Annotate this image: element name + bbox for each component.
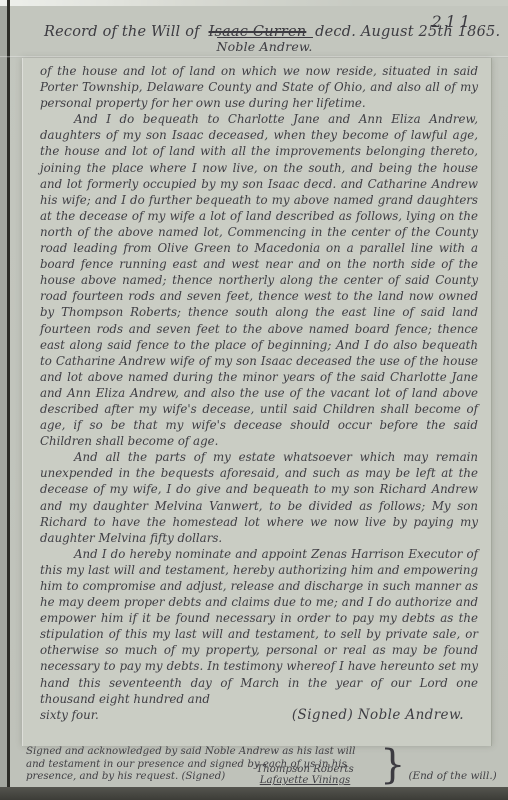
will-paragraph-3: And all the parts of my estate whatsoeve…	[40, 449, 478, 546]
book-binding-edge	[7, 0, 10, 800]
record-title-date: decd. August 25th 1865.	[315, 24, 500, 40]
closing-line: sixty four. (Signed) Noble Andrew.	[40, 707, 478, 723]
scanned-ledger-page: 211 Record of the Will of Isaac Curren N…	[0, 0, 508, 800]
scan-edge-bottom	[0, 787, 508, 800]
witness-signatures: Thompson Roberts Lafayette Vinings	[234, 764, 376, 787]
testator-name-correction: Isaac Curren Noble Andrew.	[205, 24, 311, 40]
will-paragraph-4: And I do hereby nominate and appoint Zen…	[40, 546, 478, 707]
brace-bracket: }	[380, 746, 405, 784]
corrected-name: Noble Andrew.	[217, 37, 313, 54]
attestation-text: Signed and acknowledged by said Noble An…	[26, 746, 378, 784]
paper-crease	[0, 56, 508, 58]
witness-name-1: Thompson Roberts	[234, 764, 376, 775]
will-paragraph-1: of the house and lot of land on which we…	[40, 63, 478, 111]
scan-edge-top	[0, 0, 508, 6]
witness-name-2: Lafayette Vinings	[234, 775, 376, 786]
will-body-text: of the house and lot of land on which we…	[40, 63, 478, 723]
attestation-block: Signed and acknowledged by said Noble An…	[26, 746, 502, 784]
closing-words: sixty four.	[40, 707, 99, 723]
will-paragraph-2: And I do bequeath to Charlotte Jane and …	[40, 111, 478, 449]
testator-signature: (Signed) Noble Andrew.	[292, 707, 478, 723]
record-title: Record of the Will of Isaac Curren Noble…	[44, 24, 500, 40]
end-of-will-note: (End of the will.)	[408, 770, 496, 783]
record-title-prefix: Record of the Will of	[44, 24, 200, 40]
attestation-line-1: Signed and acknowledged by said Noble An…	[26, 746, 378, 759]
